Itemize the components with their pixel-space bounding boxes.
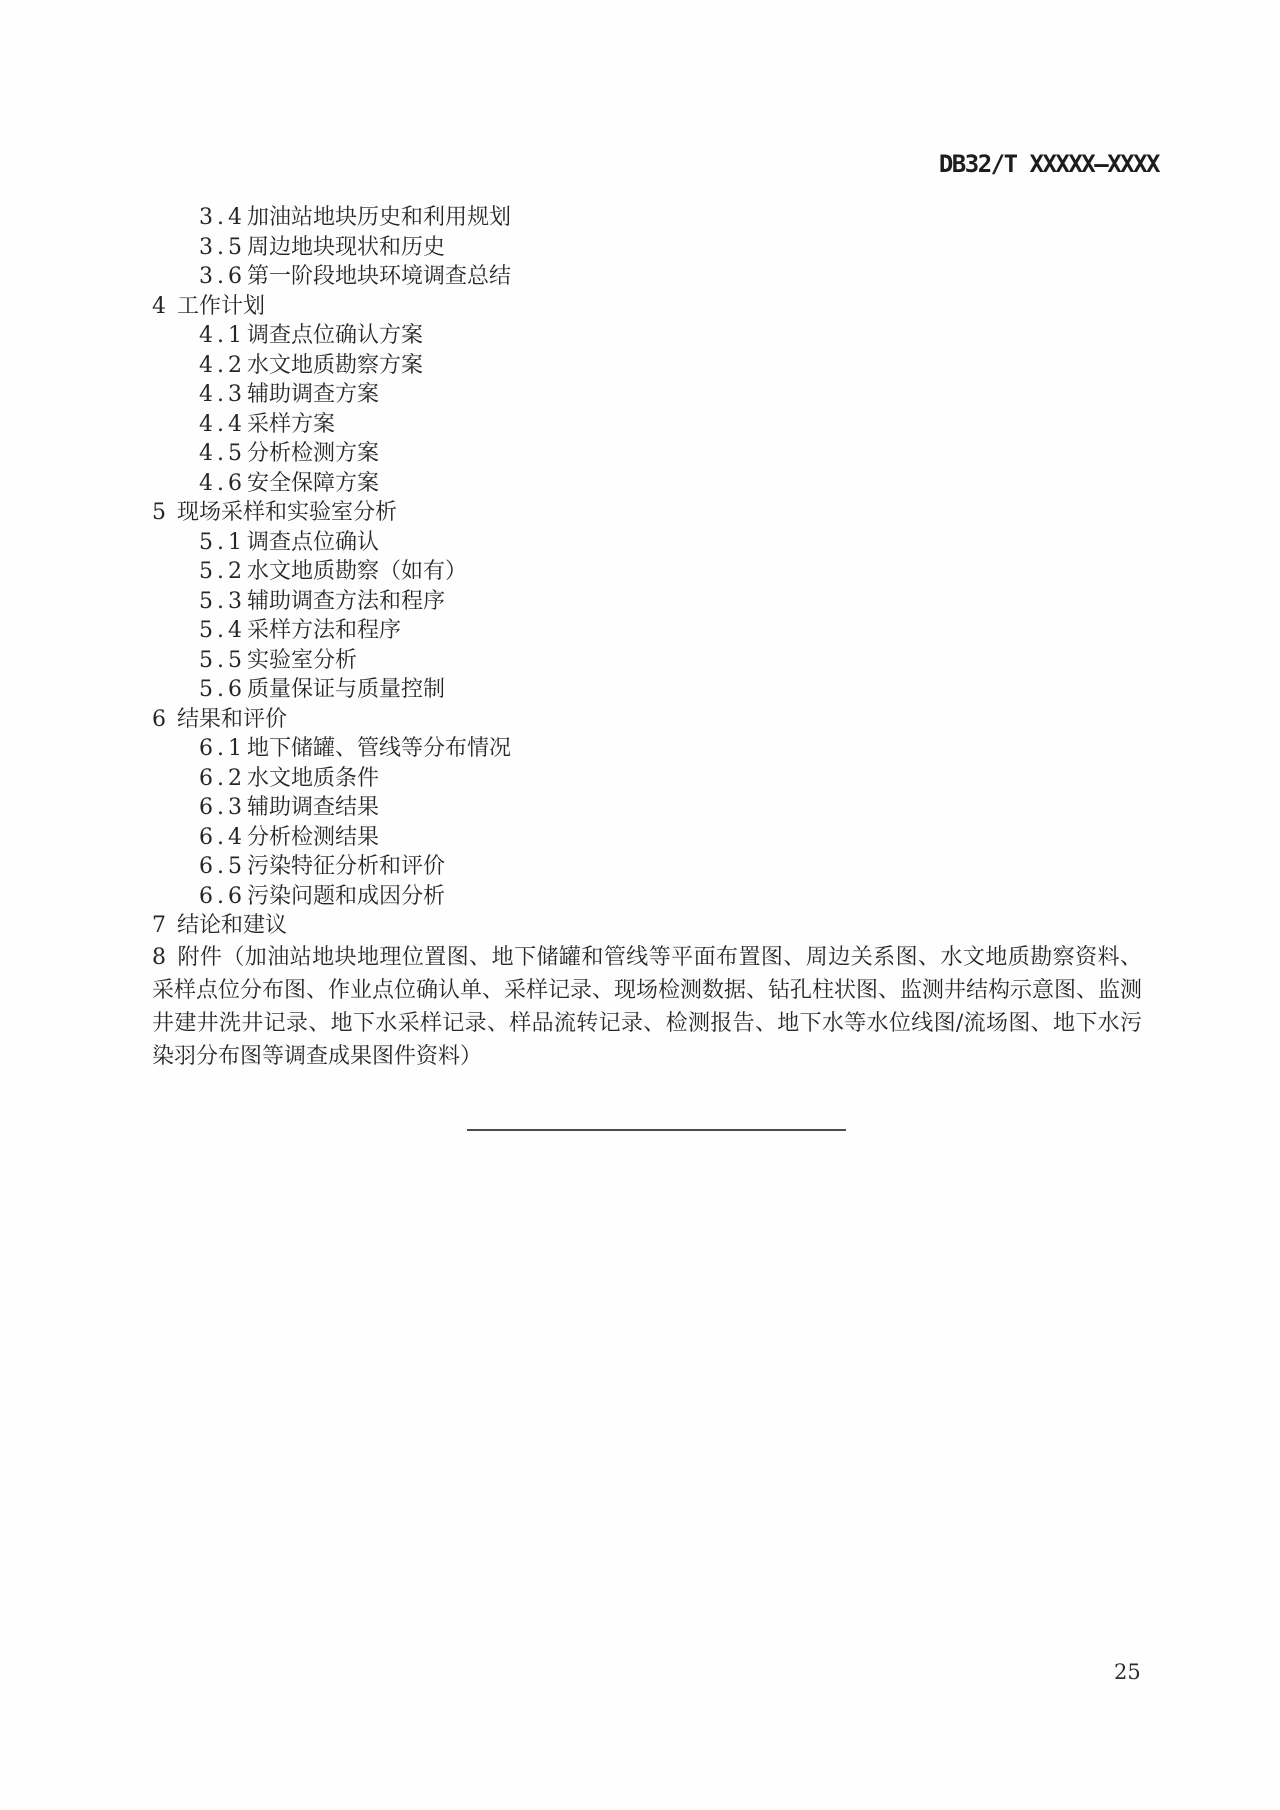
toc-item-title: 分析检测结果 [247,825,379,850]
toc-item-title: 采样方案 [247,412,335,437]
toc-item-title: 安全保障方案 [247,471,379,496]
toc-item-number: 4.1 [199,323,246,348]
toc-item-number: 5.5 [199,648,246,673]
toc-item: 4.4采样方案 [152,410,1142,440]
toc-item-title: 污染问题和成因分析 [247,884,445,909]
toc-item-number: 3.6 [199,264,246,289]
toc-item-number: 4.2 [199,353,246,378]
toc-item-number: 6 [152,707,166,732]
toc-item: 5现场采样和实验室分析 [152,498,1142,528]
toc-item: 5.3辅助调查方法和程序 [152,587,1142,617]
toc-item: 6结果和评价 [152,705,1142,735]
toc-item-title: 采样方法和程序 [247,618,401,643]
toc-item: 5.1调查点位确认 [152,528,1142,558]
toc-item-title: 实验室分析 [247,648,357,673]
toc-item-title: 分析检测方案 [247,441,379,466]
toc-item: 5.2水文地质勘察（如有） [152,557,1142,587]
toc-item-title: 辅助调查结果 [247,795,379,820]
toc-item-title: 第一阶段地块环境调查总结 [247,264,511,289]
toc-item-title: 辅助调查方法和程序 [247,589,445,614]
toc-item-title: 结论和建议 [177,913,287,938]
toc-item-number: 4.3 [199,382,246,407]
toc-item: 6.5污染特征分析和评价 [152,852,1142,882]
toc-item-number: 5.6 [199,677,246,702]
toc-item: 5.6质量保证与质量控制 [152,675,1142,705]
toc-item-number: 3.4 [199,205,246,230]
toc-item-number: 4.4 [199,412,246,437]
toc-item-number: 4.6 [199,471,246,496]
toc-item-number: 7 [152,913,166,938]
toc-item: 6.2水文地质条件 [152,764,1142,794]
toc-item-number: 6.6 [199,884,246,909]
toc-item-title: 水文地质勘察方案 [247,353,423,378]
toc-item-number: 5.1 [199,530,246,555]
toc-item-number: 5.4 [199,618,246,643]
toc-item: 4.5分析检测方案 [152,439,1142,469]
toc-item-title: 结果和评价 [177,707,287,732]
toc-item-title: 调查点位确认 [247,530,379,555]
toc-item-title: 工作计划 [177,294,265,319]
toc-item: 4.3辅助调查方案 [152,380,1142,410]
toc-item: 4.2水文地质勘察方案 [152,351,1142,381]
table-of-contents: 3.4加油站地块历史和利用规划 3.5周边地块现状和历史 3.6第一阶段地块环境… [152,203,1142,1073]
toc-item-number: 4.5 [199,441,246,466]
toc-item-number: 5.3 [199,589,246,614]
toc-item-title: 地下储罐、管线等分布情况 [247,736,511,761]
toc-item-number: 3.5 [199,235,246,260]
toc-item-number: 6.3 [199,795,246,820]
toc-item: 3.6第一阶段地块环境调查总结 [152,262,1142,292]
toc-item-title: 周边地块现状和历史 [247,235,445,260]
horizontal-rule [467,1129,846,1131]
toc-item-number: 6.5 [199,854,246,879]
toc-item: 6.3辅助调查结果 [152,793,1142,823]
toc-item: 5.4采样方法和程序 [152,616,1142,646]
standard-code-header: DB32/T XXXXX—XXXX [939,150,1159,178]
toc-item-title: 加油站地块历史和利用规划 [247,205,511,230]
toc-item-title: 水文地质勘察（如有） [247,559,467,584]
toc-item: 6.6污染问题和成因分析 [152,882,1142,912]
toc-list: 3.4加油站地块历史和利用规划 3.5周边地块现状和历史 3.6第一阶段地块环境… [152,203,1142,941]
toc-item-number: 6.1 [199,736,246,761]
toc-item-number: 4 [152,294,166,319]
attachment-text: 附件（加油站地块地理位置图、地下储罐和管线等平面布置图、周边关系图、水文地质勘察… [152,945,1142,1069]
document-page: DB32/T XXXXX—XXXX 3.4加油站地块历史和利用规划 3.5周边地… [0,0,1280,1810]
toc-item-title: 质量保证与质量控制 [247,677,445,702]
toc-item-title: 水文地质条件 [247,766,379,791]
toc-item: 5.5实验室分析 [152,646,1142,676]
toc-item-number: 6.4 [199,825,246,850]
toc-item-title: 辅助调查方案 [247,382,379,407]
toc-item: 4.6安全保障方案 [152,469,1142,499]
toc-item: 6.1地下储罐、管线等分布情况 [152,734,1142,764]
toc-item-number: 6.2 [199,766,246,791]
attachment-number: 8 [152,945,166,970]
toc-item-title: 调查点位确认方案 [247,323,423,348]
toc-item-number: 5.2 [199,559,246,584]
toc-item-number: 5 [152,500,166,525]
toc-item-title: 现场采样和实验室分析 [177,500,397,525]
toc-item: 3.4加油站地块历史和利用规划 [152,203,1142,233]
toc-item: 3.5周边地块现状和历史 [152,233,1142,263]
toc-item: 4工作计划 [152,292,1142,322]
toc-item: 7结论和建议 [152,911,1142,941]
toc-attachment-paragraph: 8附件（加油站地块地理位置图、地下储罐和管线等平面布置图、周边关系图、水文地质勘… [152,941,1142,1073]
toc-item: 6.4分析检测结果 [152,823,1142,853]
toc-item-title: 污染特征分析和评价 [247,854,445,879]
toc-item: 4.1调查点位确认方案 [152,321,1142,351]
page-number: 25 [1114,1660,1141,1684]
